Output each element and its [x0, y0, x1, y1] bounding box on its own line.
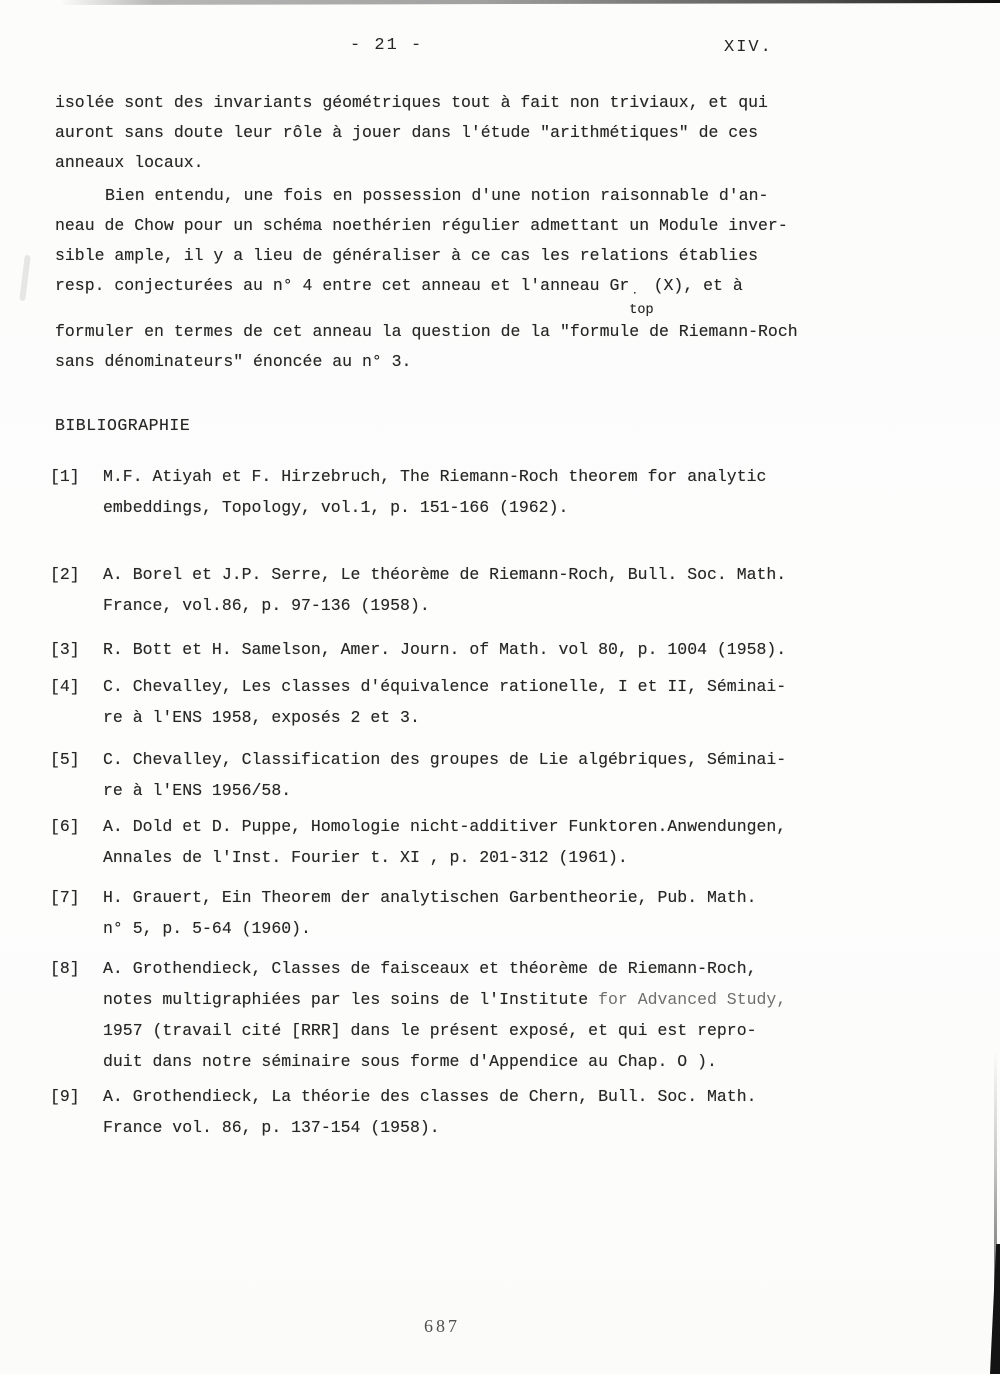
paragraph-1: isolée sont des invariants géométriques … [55, 88, 835, 178]
bib-line-light-type: for Advanced Study, [588, 990, 786, 1009]
bib-entry: [4] C. Chevalley, Les classes d'équivale… [50, 671, 835, 733]
text-line: A. Grothendieck, La théorie des classes … [103, 1081, 835, 1112]
bib-entry: [8] A. Grothendieck, Classes de faisceau… [50, 953, 835, 1077]
text-line: n° 5, p. 5-64 (1960). [103, 913, 835, 944]
text-line: duit dans notre séminaire sous forme d'A… [103, 1046, 835, 1077]
text-line-with-formula: resp. conjecturées au n° 4 entre cet ann… [55, 271, 835, 317]
text-line: notes multigraphiées par les soins de l'… [103, 984, 835, 1015]
page-number-header: - 21 - [350, 36, 423, 55]
formula-pre-text: resp. conjecturées au n° 4 entre cet ann… [55, 276, 629, 295]
page-number-footer: 687 [424, 1316, 460, 1337]
bib-ref-text: C. Chevalley, Classification des groupes… [103, 744, 835, 806]
bib-ref-text: A. Borel et J.P. Serre, Le théorème de R… [103, 559, 835, 621]
text-line: C. Chevalley, Les classes d'équivalence … [103, 671, 835, 702]
text-line: M.F. Atiyah et F. Hirzebruch, The Rieman… [103, 461, 835, 492]
paragraph-2: Bien entendu, une fois en possession d'u… [55, 181, 835, 377]
bib-ref-number: [6] [50, 811, 103, 873]
document-body: isolée sont des invariants géométriques … [55, 88, 835, 1153]
gr-top-notation: ˙top [629, 295, 653, 317]
text-line: sible ample, il y a lieu de généraliser … [55, 241, 835, 271]
bib-ref-number: [3] [50, 634, 103, 665]
text-line: Annales de l'Inst. Fourier t. XI , p. 20… [103, 842, 835, 873]
bib-ref-text: A. Grothendieck, La théorie des classes … [103, 1081, 835, 1143]
bib-entry: [7] H. Grauert, Ein Theorem der analytis… [50, 882, 835, 944]
text-line: embeddings, Topology, vol.1, p. 151-166 … [103, 492, 835, 523]
text-line: C. Chevalley, Classification des groupes… [103, 744, 835, 775]
bib-ref-text: A. Dold et D. Puppe, Homologie nicht-add… [103, 811, 835, 873]
bib-line-main: notes multigraphiées par les soins de l'… [103, 990, 588, 1009]
bib-entry: [6] A. Dold et D. Puppe, Homologie nicht… [50, 811, 835, 873]
text-line: anneaux locaux. [55, 148, 835, 178]
text-line: France, vol.86, p. 97-136 (1958). [103, 590, 835, 621]
bib-ref-text: H. Grauert, Ein Theorem der analytischen… [103, 882, 835, 944]
text-line: auront sans doute leur rôle à jouer dans… [55, 118, 835, 148]
text-line: re à l'ENS 1958, exposés 2 et 3. [103, 702, 835, 733]
bib-ref-number: [5] [50, 744, 103, 806]
text-line: A. Dold et D. Puppe, Homologie nicht-add… [103, 811, 835, 842]
bib-ref-number: [4] [50, 671, 103, 733]
text-line: Bien entendu, une fois en possession d'u… [55, 181, 835, 211]
bibliography-heading: BIBLIOGRAPHIE [55, 411, 835, 441]
bib-entry: [1] M.F. Atiyah et F. Hirzebruch, The Ri… [50, 461, 835, 523]
bib-ref-number: [2] [50, 559, 103, 621]
text-line: sans dénominateurs" énoncée au n° 3. [55, 347, 835, 377]
text-line: neau de Chow pour un schéma noethérien r… [55, 211, 835, 241]
text-line: 1957 (travail cité [RRR] dans le présent… [103, 1015, 835, 1046]
bib-ref-text: A. Grothendieck, Classes de faisceaux et… [103, 953, 835, 1077]
text-line: R. Bott et H. Samelson, Amer. Journ. of … [103, 634, 835, 665]
text-line: isolée sont des invariants géométriques … [55, 88, 835, 118]
bib-ref-number: [7] [50, 882, 103, 944]
text-line: formuler en termes de cet anneau la ques… [55, 317, 835, 347]
bib-ref-number: [9] [50, 1081, 103, 1143]
bib-entry: [2] A. Borel et J.P. Serre, Le théorème … [50, 559, 835, 621]
margin-smudge-artifact [19, 255, 31, 301]
bibliography-list: [1] M.F. Atiyah et F. Hirzebruch, The Ri… [50, 461, 835, 1143]
bib-ref-number: [1] [50, 461, 103, 523]
bib-entry: [5] C. Chevalley, Classification des gro… [50, 744, 835, 806]
bib-ref-text: R. Bott et H. Samelson, Amer. Journ. of … [103, 634, 835, 665]
bib-entry: [9] A. Grothendieck, La théorie des clas… [50, 1081, 835, 1143]
bib-ref-text: M.F. Atiyah et F. Hirzebruch, The Rieman… [103, 461, 835, 523]
text-line: A. Borel et J.P. Serre, Le théorème de R… [103, 559, 835, 590]
bib-ref-text: C. Chevalley, Les classes d'équivalence … [103, 671, 835, 733]
bib-ref-number: [8] [50, 953, 103, 1077]
section-number: XIV. [724, 38, 773, 57]
top-subscript: top [629, 304, 653, 317]
text-line: re à l'ENS 1956/58. [103, 775, 835, 806]
text-line: France vol. 86, p. 137-154 (1958). [103, 1112, 835, 1143]
scan-edge-top-artifact [60, 0, 1000, 5]
formula-post-text: (X), et à [654, 276, 743, 295]
text-line: A. Grothendieck, Classes de faisceaux et… [103, 953, 835, 984]
bib-entry: [3] R. Bott et H. Samelson, Amer. Journ.… [50, 634, 835, 665]
text-line: H. Grauert, Ein Theorem der analytischen… [103, 882, 835, 913]
scanned-document-page: - 21 - XIV. isolée sont des invariants g… [0, 0, 1000, 1374]
